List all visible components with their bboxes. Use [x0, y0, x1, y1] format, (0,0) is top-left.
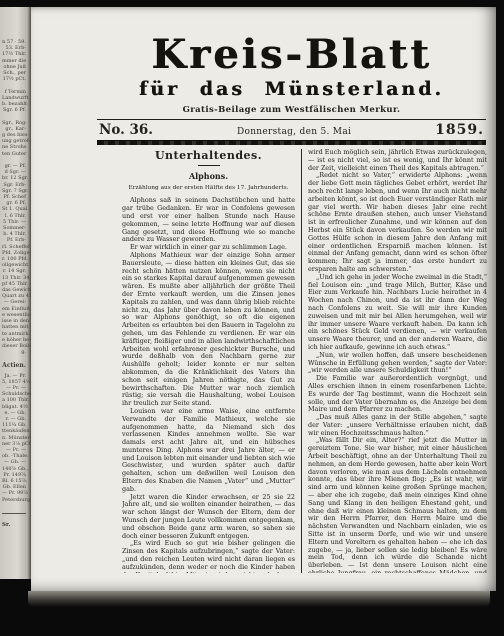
margin-fragment: Sgr., Rog- — [2, 120, 26, 126]
issue-date: Donnerstag, den 5. Mai — [237, 127, 351, 137]
margin-fragment: f Termin — [2, 89, 26, 95]
masthead: Kreis-Blatt für das Münsterland. Gratis-… — [95, 34, 488, 115]
margin-fragment: te antmirk. — [2, 331, 26, 337]
column-right: wird Euch möglich sein, jährlich Etwas z… — [301, 149, 487, 573]
margin-fragment: — Pr. 99⅞ — [2, 490, 26, 496]
paragraph: „Und ich gehe in jeder Woche zweimal in … — [308, 274, 487, 352]
margin-fragment: — Gb. — — [2, 459, 26, 465]
margin-fragment: St 1. Qual. — [2, 206, 26, 212]
newspaper-subtitle: für das Münsterland. — [95, 78, 488, 100]
margin-fragment: rl. Scheffel — [2, 244, 26, 250]
article-columns: Unterhaltendes. Alphons. Erzählung aus d… — [122, 149, 488, 573]
thick-rule — [97, 140, 486, 145]
margin-fragments-bottom: Ja. — Pr.5, 1857 4⅓— Pr. —Schuldscheinea… — [2, 373, 26, 503]
heading-divider — [198, 165, 220, 166]
margin-fragment: 13 Thlr. 34 — [2, 275, 26, 281]
margin-fragment: a 100 Thlr. — [2, 397, 26, 403]
paragraph: Alphons Mathieux war der einzige Sohn ar… — [122, 252, 295, 408]
newspaper-page: Kreis-Blatt für das Münsterland. Gratis-… — [31, 7, 496, 591]
paragraph: „Redet nicht so Vater,“ erwiderte Alphon… — [308, 172, 487, 273]
paragraph: wird Euch möglich sein, jährlich Etwas z… — [308, 149, 487, 172]
page-content: Kreis-Blatt für das Münsterland. Gratis-… — [31, 7, 496, 591]
margin-fragment: hatten mit — [2, 324, 26, 330]
story-caption: Erzählung aus der ersten Hälfte des 17. … — [122, 185, 295, 193]
margin-fragment: n. Münster- — [2, 435, 26, 441]
margin-rule — [2, 513, 26, 514]
margin-fragment: — Gerei- — [2, 299, 26, 305]
newspaper-title: Kreis-Blatt — [95, 34, 488, 76]
issue-number: No. 36. — [99, 122, 153, 138]
story-text-right: wird Euch möglich sein, jährlich Etwas z… — [308, 149, 487, 573]
margin-footer-fragment: Sr. — [2, 522, 26, 528]
paragraph: Die Familie war außerordentlich vergnügt… — [308, 375, 487, 414]
margin-fragment: l. 6 Thlr. — [2, 213, 26, 219]
margin-fragment: ttenkäufen a — [2, 428, 26, 434]
issue-year: 1859. — [435, 122, 484, 138]
margin-fragment: ten Guter — [2, 151, 26, 157]
margin-fragment: 17½ pCt. — [2, 76, 26, 82]
story-text-left: Alphons saß in seinem Dachstübchen und h… — [122, 197, 295, 573]
margin-fragment: bligat. 4½ — [2, 404, 26, 410]
story-title: Alphons. — [122, 173, 295, 181]
margin-fragment: r. 14 Sgr. — [2, 268, 26, 274]
margin-fragment: em Einfluß — [2, 306, 26, 312]
margin-fragment: Sgr. 6 Pf. — [2, 107, 26, 113]
paragraph: „Was fällt Dir ein, Alter?“ rief jetzt d… — [308, 437, 487, 573]
margin-fragment: g. — [2, 349, 26, 355]
actien-heading: Actien. — [2, 363, 26, 369]
margin-fragment: ne Strohs — [2, 144, 26, 150]
paragraph: Jetzt waren die Kinder erwachsen, er 25 … — [122, 494, 295, 541]
paragraph: „Es wird Euch so gut wie bisher gelingen… — [122, 540, 295, 573]
margin-fragment: Sgr. Erb- — [2, 182, 26, 188]
paragraph: Alphons saß in seinem Dachstübchen und h… — [122, 197, 295, 244]
margin-fragments-top: n 57 · 59.53. Erb-17½ Thlr.mmer dieohne … — [2, 39, 26, 355]
column-left: Unterhaltendes. Alphons. Erzählung aus d… — [122, 149, 301, 573]
page-bottom-edge — [28, 591, 490, 607]
margin-fragment: br. 12 Sgr. — [2, 175, 26, 181]
margin-fragment: 140⅞ Gb., — [2, 466, 26, 472]
margin-fragment: Ja. — Pr. — [2, 373, 26, 379]
margin-fragment: 5, 1857 4⅓ — [2, 379, 26, 385]
issue-row: No. 36. Donnerstag, den 5. Mai 1859. — [95, 120, 488, 139]
margin-fragment: 17½ Thlr. — [2, 51, 26, 57]
paragraph: „Das muß Alles ganz in der Stille abgehe… — [308, 414, 487, 437]
margin-fragment: Petersburg 3 — [2, 497, 26, 503]
paragraph: „Nun, wir wollen hoffen, daß unsere besc… — [308, 352, 487, 375]
paragraph: Louison war eine arme Waise, eine entfer… — [122, 408, 295, 494]
tagline: Gratis-Beilage zum Westfälischen Merkur. — [95, 105, 488, 115]
section-heading: Unterhaltendes. — [122, 152, 295, 160]
margin-fragment: mmer die — [2, 58, 26, 64]
photo-of-newspaper: n 57 · 59.53. Erb-17½ Thlr.mmer dieohne … — [0, 0, 504, 636]
left-margin-column: n 57 · 59.53. Erb-17½ Thlr.mmer dieohne … — [0, 7, 31, 579]
margin-fragment: e höher be- — [2, 337, 26, 343]
